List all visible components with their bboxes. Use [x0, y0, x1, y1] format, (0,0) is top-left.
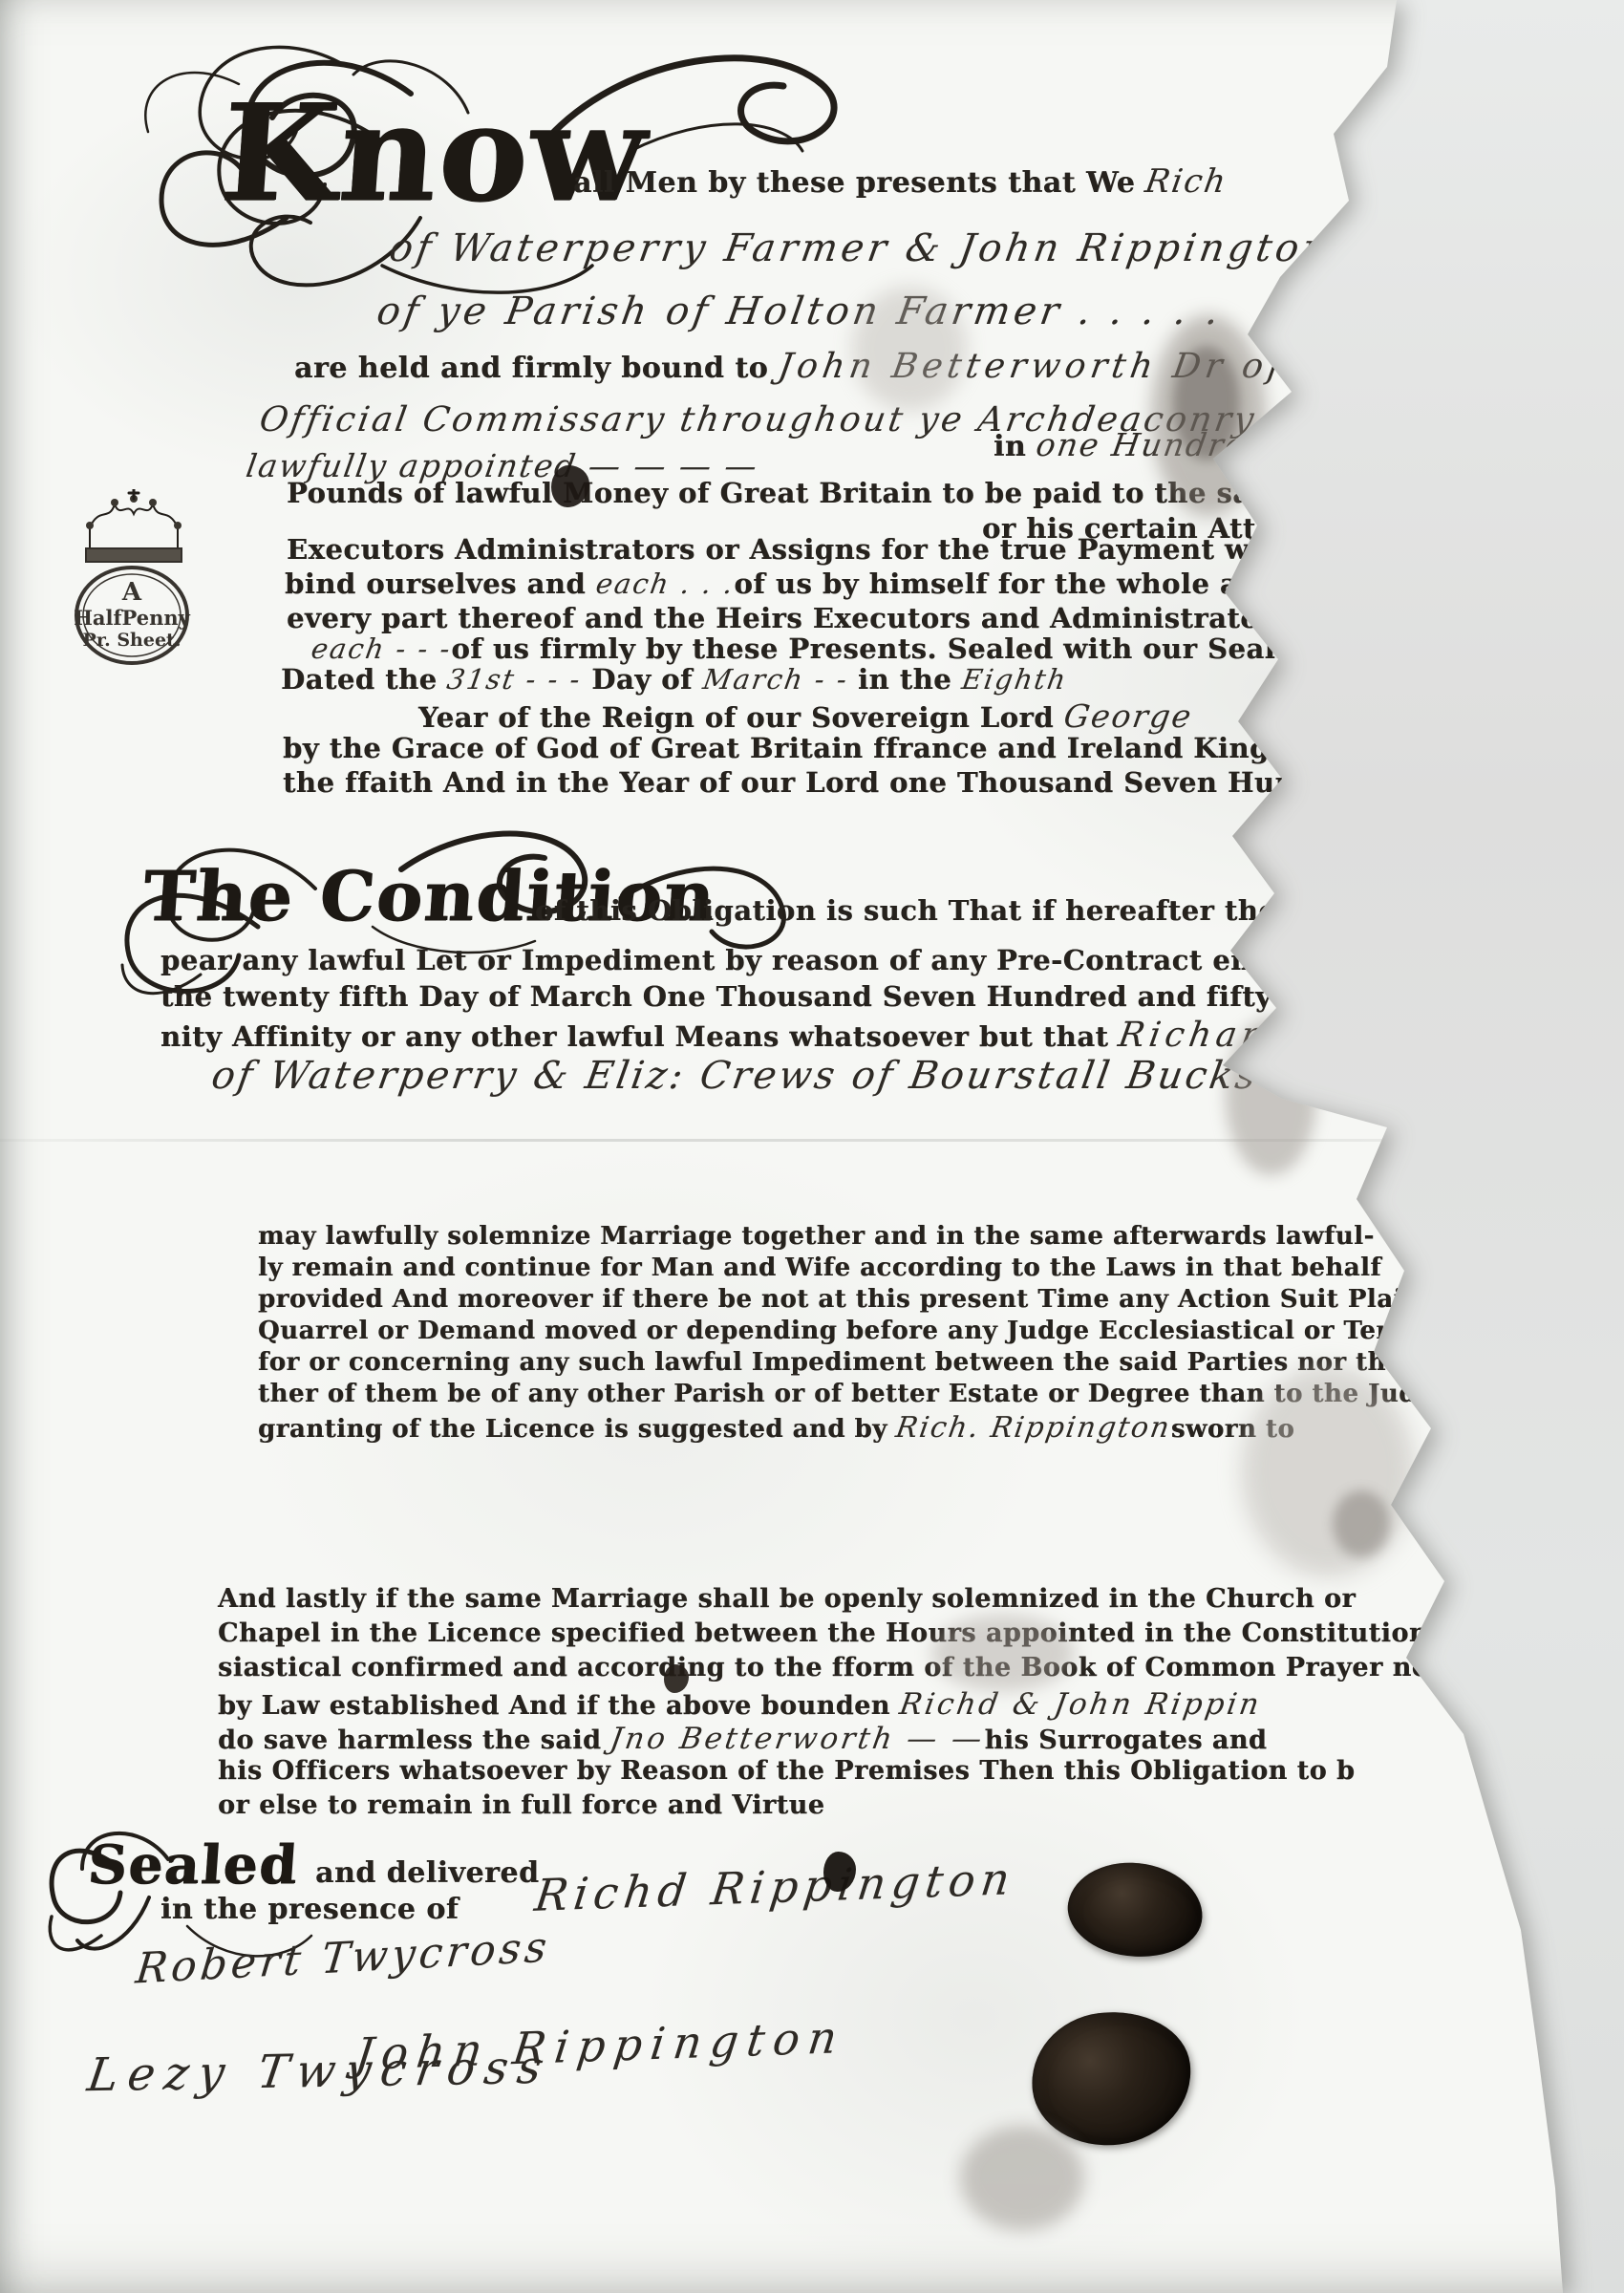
text-line: the ffaith And in the Year of our Lord o…	[283, 768, 1368, 799]
water-stain	[1333, 1490, 1390, 1557]
text-line: his Officers whatsoever by Reason of the…	[218, 1757, 1355, 1786]
text-line: of Waterperry Farmer & John Rippington	[390, 227, 1331, 269]
printed-text: siastical confirmed and according to the…	[218, 1653, 1452, 1682]
water-stain	[960, 2126, 1084, 2231]
handwritten-text: George	[1061, 699, 1195, 734]
handwritten-text: each - - -	[309, 634, 453, 665]
scanned-document-page: Know A HalfPenny Pr. Sheet. all Men by t…	[0, 0, 1624, 2293]
handwritten-text: Rich. Rippington	[894, 1412, 1174, 1444]
text-line: for or concerning any such lawful Impedi…	[258, 1349, 1461, 1377]
text-line: are held and firmly bound to John Better…	[294, 348, 1286, 386]
handwritten-signature: Richd Rippington	[532, 1854, 1018, 1919]
printed-text: the twenty fifth Day of March One Thousa…	[160, 980, 1456, 1013]
handwritten-text: Richard R	[1116, 1017, 1339, 1055]
text-line: do save harmless the said Jno Betterwort…	[218, 1723, 1267, 1755]
printed-text: of us by himself for the whole and	[734, 568, 1278, 600]
text-line: of this Obligation is such That if herea…	[535, 896, 1397, 927]
text-line: ly remain and continue for Man and Wife …	[258, 1254, 1381, 1282]
paper-shadow-wrap: Know A HalfPenny Pr. Sheet. all Men by t…	[0, 0, 1624, 2293]
fold-crease	[0, 1139, 1624, 1142]
text-line: siastical confirmed and according to the…	[218, 1654, 1452, 1682]
printed-text: of us firmly by these Presents. Sealed w…	[451, 632, 1292, 665]
crown-icon	[90, 504, 178, 548]
printed-text: granting of the Licence is suggested and…	[258, 1415, 896, 1444]
water-stain	[1173, 346, 1240, 461]
text-line: may lawfully solemnize Marriage together…	[258, 1223, 1375, 1251]
printed-text: all Men by these presents that We	[573, 166, 1145, 200]
printed-text: nity Affinity or any other lawful Means …	[160, 1020, 1119, 1053]
text-line: of ye Parish of Holton Farmer . . . . .	[377, 290, 1222, 332]
printed-text: his Surrogates and	[985, 1725, 1268, 1755]
printed-text: Executors Administrators or Assigns for …	[287, 533, 1410, 566]
printed-text: in the	[847, 663, 961, 696]
text-line: And lastly if the same Marriage shall be…	[218, 1585, 1356, 1614]
text-line: Chapel in the Licence specified between …	[218, 1619, 1544, 1648]
printed-text: ly remain and continue for Man and Wife …	[258, 1254, 1381, 1282]
text-line: all Men by these presents that We Rich	[573, 164, 1228, 200]
water-stain	[931, 1615, 1075, 1691]
text-line: bind ourselves and each . . . of us by h…	[285, 569, 1279, 600]
text-line: granting of the Licence is suggested and…	[258, 1412, 1294, 1444]
printed-text: do save harmless the said	[218, 1725, 610, 1755]
printed-text: by Law established And if the above boun…	[218, 1691, 900, 1721]
text-line: every part thereof and the Heirs Executo…	[287, 604, 1447, 634]
text-line: and delivered	[315, 1857, 539, 1889]
handwritten-text: Eighth	[959, 665, 1069, 696]
printed-text: of this Obligation is such That if herea…	[535, 894, 1397, 927]
printed-text: Dated the	[281, 663, 447, 696]
handwritten-text: 31st - - -	[445, 665, 585, 696]
paper-sheet-torn-edge: Know A HalfPenny Pr. Sheet. all Men by t…	[0, 0, 1624, 2293]
text-line: Pounds of lawful Money of Great Britain …	[287, 476, 1537, 509]
text-line: Year of the Reign of our Sovereign Lord …	[418, 699, 1192, 734]
text-line: provided And moreover if there be not at…	[258, 1286, 1434, 1314]
handwritten-text: March - -	[700, 665, 850, 696]
printed-text: Day of	[582, 663, 703, 696]
handwritten-text: J. Betterworth	[1290, 476, 1540, 509]
printed-text: are held and firmly bound to	[294, 352, 779, 385]
signature-lezy-twycross: Lezy Twycross	[88, 2043, 551, 2101]
printed-text: and delivered	[315, 1856, 539, 1890]
handwritten-text: each . . .	[593, 569, 737, 600]
printed-text: may lawfully solemnize Marriage together…	[258, 1222, 1375, 1251]
handwritten-text: of Waterperry & Eliz: Crews of Bourstall…	[209, 1055, 1262, 1097]
printed-text: pear any lawful Let or Impediment by rea…	[160, 944, 1391, 976]
text-line: in the presence of	[160, 1894, 459, 1925]
printed-text: And lastly if the same Marriage shall be…	[218, 1584, 1356, 1614]
handwritten-text: of ye Parish of Holton Farmer . . . . .	[374, 290, 1226, 332]
printed-text: provided And moreover if there be not at…	[258, 1285, 1434, 1314]
duty-stamp: A HalfPenny Pr. Sheet.	[53, 489, 206, 671]
know-heading-word: Know	[216, 75, 652, 232]
sealed-heading: Sealed	[86, 1836, 301, 1896]
text-line: Dated the 31st - - - Day of March - - in…	[281, 665, 1067, 696]
water-stain	[1242, 1366, 1414, 1576]
text-line: pear any lawful Let or Impediment by rea…	[160, 946, 1391, 976]
handwritten-text: Rich	[1143, 164, 1229, 200]
printed-text: Chapel in the Licence specified between …	[218, 1618, 1544, 1648]
text-line: by the Grace of God of Great Britain ffr…	[283, 734, 1393, 764]
text-line: the twenty fifth Day of March One Thousa…	[160, 982, 1456, 1013]
text-line: Quarrel or Demand moved or depending bef…	[258, 1318, 1478, 1345]
know-heading: Know	[217, 80, 652, 227]
stamp-line1: HalfPenny	[74, 606, 191, 630]
printed-text: Year of the Reign of our Sovereign Lord	[418, 701, 1064, 734]
handwritten-text: Richd & John Rippin	[897, 1688, 1264, 1721]
sealed-heading-word: Sealed	[86, 1833, 301, 1897]
printed-text: Quarrel or Demand moved or depending bef…	[258, 1317, 1478, 1345]
signature-richd-rippington: Richd Rippington	[534, 1854, 1015, 1919]
text-line: nity Affinity or any other lawful Means …	[160, 1017, 1336, 1055]
water-stain	[852, 287, 967, 411]
text-line: by Law established And if the above boun…	[218, 1688, 1261, 1721]
handwritten-signature: Lezy Twycross	[84, 2043, 554, 2101]
printed-text: bind ourselves and	[285, 568, 596, 600]
text-line: Executors Administrators or Assigns for …	[287, 535, 1410, 566]
printed-text: the ffaith And in the Year of our Lord o…	[283, 766, 1368, 799]
text-line: of Waterperry & Eliz: Crews of Bourstall…	[212, 1055, 1258, 1097]
handwritten-text: of Waterperry Farmer & John Rippington	[387, 227, 1335, 269]
printed-text: every part thereof and the Heirs Executo…	[287, 602, 1447, 634]
stamp-line2: Pr. Sheet.	[83, 630, 182, 651]
handwritten-text: Jno Betterworth — —	[609, 1723, 988, 1755]
printed-text: his Officers whatsoever by Reason of the…	[218, 1756, 1355, 1786]
printed-text: Pounds of lawful Money of Great Britain …	[287, 477, 1292, 509]
printed-text: in the presence of	[160, 1893, 459, 1926]
wax-seal-top	[1061, 1853, 1210, 1968]
printed-text: for or concerning any such lawful Impedi…	[258, 1348, 1461, 1377]
text-line: each - - - of us firmly by these Present…	[311, 634, 1292, 665]
stamp-letter: A	[121, 578, 142, 607]
printed-text: in	[994, 430, 1036, 463]
water-stain	[1226, 1018, 1316, 1175]
printed-text: by the Grace of God of Great Britain ffr…	[283, 732, 1393, 764]
